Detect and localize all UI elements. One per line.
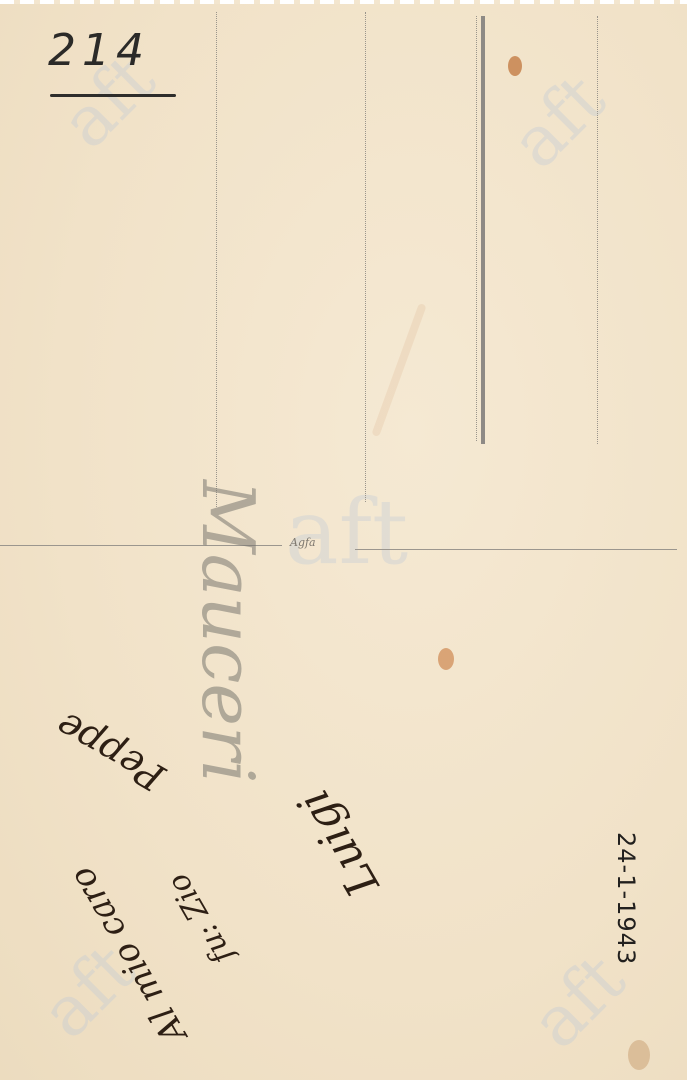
dotted-divider [597, 16, 598, 444]
deckled-top-edge [0, 0, 687, 4]
dotted-divider [216, 12, 217, 507]
message-line-3: Peppe [48, 703, 172, 800]
signature: Luigi [288, 781, 389, 905]
watermark: aft [285, 480, 408, 585]
dotted-divider [476, 16, 477, 441]
foxing-stain [371, 303, 426, 437]
watermark: aft [495, 58, 621, 184]
pencil-signature: Mauceri [186, 480, 270, 783]
foxing-stain [438, 648, 454, 670]
address-line [355, 549, 677, 550]
stamp-area-divider [481, 16, 485, 444]
catalog-underline [50, 94, 176, 97]
message-line-2: fu: Zio [161, 867, 241, 970]
foxing-stain [628, 1040, 650, 1070]
printer-mark: Agfa [290, 536, 316, 549]
dotted-divider [365, 12, 366, 502]
postcard-back: aft aft aft aft aft 214 Agfa Mauceri Al … [0, 0, 687, 1080]
foxing-stain [508, 56, 522, 76]
catalog-number: 214 [48, 25, 150, 76]
date: 24-1-1943 [612, 832, 640, 965]
